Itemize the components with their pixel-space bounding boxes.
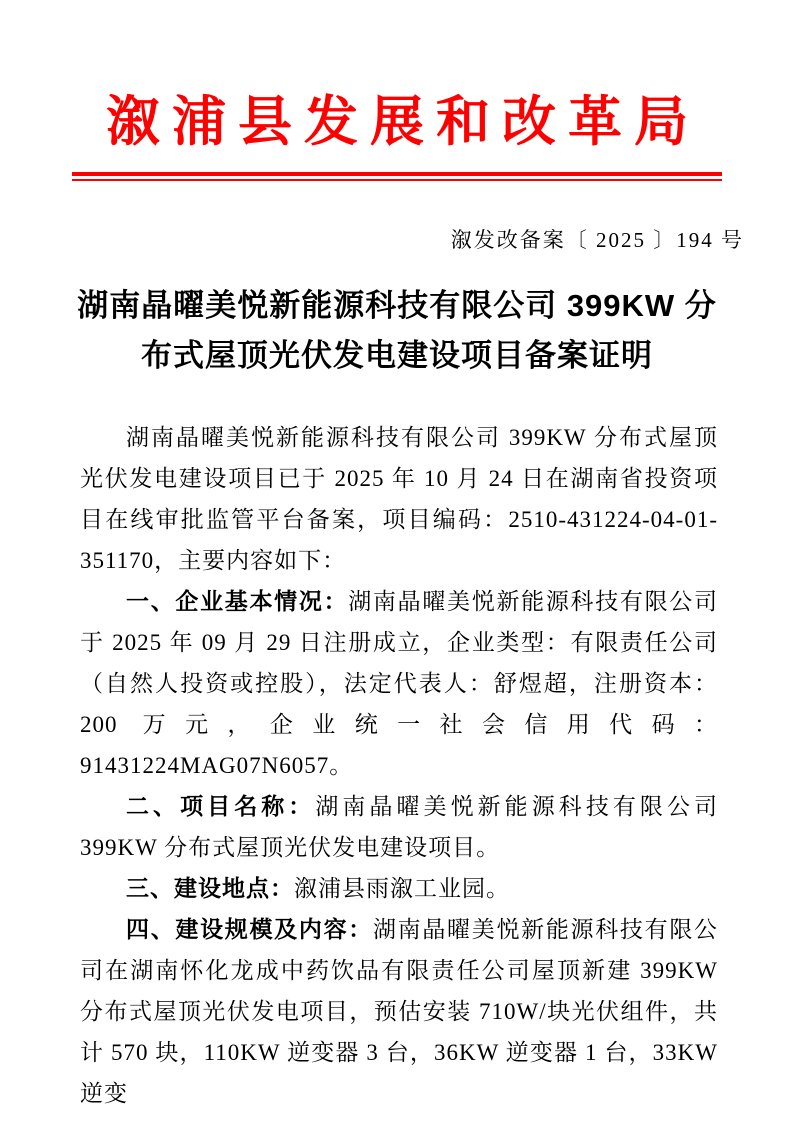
document-body: 湖南晶曜美悦新能源科技有限公司 399KW 分布式屋顶光伏发电建设项目已于 20… [80,417,718,1114]
section-3-text: 溆浦县雨溆工业园。 [294,876,510,901]
section-4-heading: 四、建设规模及内容： [126,916,373,942]
document-number: 溆发改备案〔 2025 〕194 号 [0,227,794,253]
divider-thin-line [72,179,722,181]
section-3-heading: 三、建设地点： [126,875,294,901]
paragraph-intro-text: 湖南晶曜美悦新能源科技有限公司 399KW 分布式屋顶光伏发电建设项目已于 20… [80,425,718,573]
paragraph-intro: 湖南晶曜美悦新能源科技有限公司 399KW 分布式屋顶光伏发电建设项目已于 20… [80,417,718,581]
agency-letterhead-title: 溆浦县发展和改革局 [0,82,794,162]
document-title: 湖南晶曜美悦新能源科技有限公司 399KW 分 布式屋顶光伏发电建设项目备案证明 [0,281,794,381]
paragraph-section-3: 三、建设地点：溆浦县雨溆工业园。 [80,868,718,909]
document-page: 溆浦县发展和改革局 溆发改备案〔 2025 〕194 号 湖南晶曜美悦新能源科技… [0,0,794,1122]
section-1-heading: 一、企业基本情况： [126,588,348,614]
paragraph-section-1: 一、企业基本情况：湖南晶曜美悦新能源科技有限公司于 2025 年 09 月 29… [80,581,718,786]
letterhead-divider [72,172,722,181]
paragraph-section-4: 四、建设规模及内容：湖南晶曜美悦新能源科技有限公司在湖南怀化龙成中药饮品有限责任… [80,909,718,1114]
document-title-line-1: 湖南晶曜美悦新能源科技有限公司 399KW 分 [64,281,730,331]
divider-thick-line [72,172,722,176]
section-2-heading: 二、项目名称： [126,793,315,819]
paragraph-section-2: 二、项目名称：湖南晶曜美悦新能源科技有限公司 399KW 分布式屋顶光伏发电建设… [80,786,718,868]
section-4-text: 湖南晶曜美悦新能源科技有限公司在湖南怀化龙成中药饮品有限责任公司屋顶新建 399… [80,917,718,1106]
section-1-text: 湖南晶曜美悦新能源科技有限公司于 2025 年 09 月 29 日注册成立，企业… [80,589,718,778]
document-title-line-2: 布式屋顶光伏发电建设项目备案证明 [64,331,730,381]
